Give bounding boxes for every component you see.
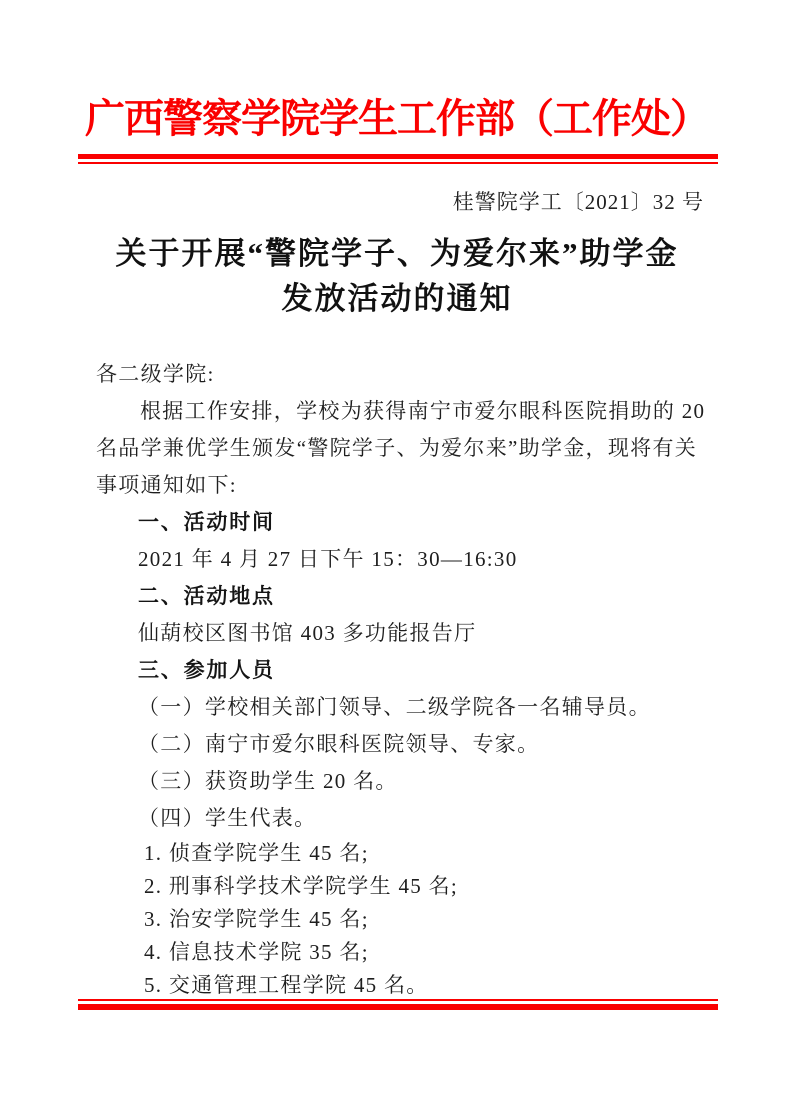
student-rep-item: 5. 交通管理工程学院 45 名。 bbox=[96, 969, 710, 1002]
notice-title-line1: 关于开展“警院学子、为爱尔来”助学金 bbox=[0, 231, 794, 276]
student-rep-item: 1. 侦查学院学生 45 名; bbox=[96, 837, 710, 870]
intro-line: 事项通知如下: bbox=[96, 467, 710, 504]
document-number: 桂警院学工〔2021〕32 号 bbox=[78, 188, 704, 216]
participant-item: （一）学校相关部门领导、二级学院各一名辅导员。 bbox=[96, 689, 710, 726]
document-page: 广西警察学院学生工作部（工作处） 桂警院学工〔2021〕32 号 关于开展“警院… bbox=[0, 0, 794, 1108]
participant-item: （二）南宁市爱尔眼科医院领导、专家。 bbox=[96, 726, 710, 763]
header-rule-thick bbox=[78, 154, 718, 159]
section-time-value: 2021 年 4 月 27 日下午 15：30—16:30 bbox=[96, 541, 710, 578]
notice-title: 关于开展“警院学子、为爱尔来”助学金 发放活动的通知 bbox=[0, 231, 794, 321]
masthead-title: 广西警察学院学生工作部（工作处） bbox=[0, 94, 794, 144]
student-rep-item: 2. 刑事科学技术学院学生 45 名; bbox=[96, 870, 710, 903]
footer-rule-thin bbox=[78, 999, 718, 1001]
intro-line: 根据工作安排，学校为获得南宁市爱尔眼科医院捐助的 20 bbox=[96, 393, 710, 430]
notice-title-line2: 发放活动的通知 bbox=[0, 276, 794, 321]
participant-item: （三）获资助学生 20 名。 bbox=[96, 763, 710, 800]
student-rep-item: 3. 治安学院学生 45 名; bbox=[96, 903, 710, 936]
footer-rule-thick bbox=[78, 1004, 718, 1010]
section-heading-time: 一、活动时间 bbox=[96, 504, 710, 541]
section-heading-location: 二、活动地点 bbox=[96, 578, 710, 615]
section-heading-participants: 三、参加人员 bbox=[96, 652, 710, 689]
intro-line: 名品学兼优学生颁发“警院学子、为爱尔来”助学金，现将有关 bbox=[96, 430, 710, 467]
salutation: 各二级学院: bbox=[96, 356, 710, 393]
notice-body: 各二级学院: 根据工作安排，学校为获得南宁市爱尔眼科医院捐助的 20 名品学兼优… bbox=[96, 356, 710, 1002]
header-rule-thin bbox=[78, 162, 718, 164]
student-rep-item: 4. 信息技术学院 35 名; bbox=[96, 936, 710, 969]
section-location-value: 仙葫校区图书馆 403 多功能报告厅 bbox=[96, 615, 710, 652]
participant-item: （四）学生代表。 bbox=[96, 800, 710, 837]
